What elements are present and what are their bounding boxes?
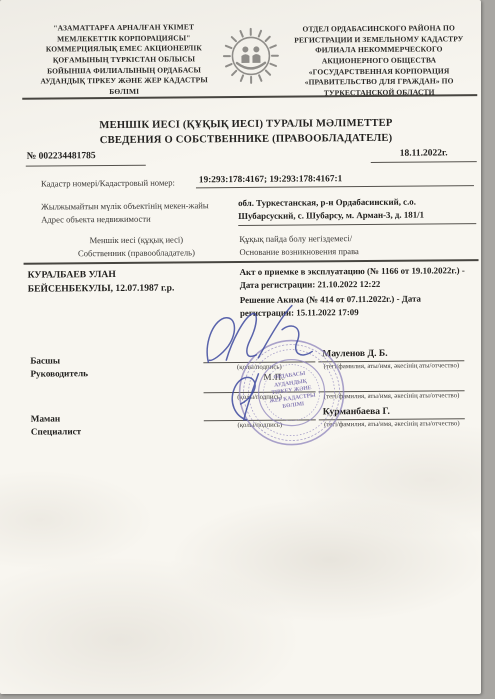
date-underline xyxy=(371,161,477,163)
address-value: обл. Туркестанская, р-н Ордабасинский, с… xyxy=(238,195,476,226)
owner-name: КУРАЛБАЕВ УЛАН БЕЙСЕНБЕКУЛЫ, 12.07.1987 … xyxy=(28,268,175,298)
owner-column-header: Меншік иесі (құқық иесі) Собственник (пр… xyxy=(47,233,225,260)
basis-entry-1: Акт о приемке в эксплуатацию (№ 1166 от … xyxy=(240,264,478,293)
document-date: 18.11.2022г. xyxy=(373,148,475,159)
document-content: "АЗАМАТТАРҒА АРНАЛҒАН ҮКІМЕТ МЕМЛЕКЕТТІК… xyxy=(0,0,484,696)
sun-family-logo-icon xyxy=(221,26,281,86)
role-label-specialist: Маман Специалист xyxy=(31,412,82,439)
cadastre-label: Кадастр номері/Кадастровый номер: xyxy=(41,177,175,191)
letterhead-right-org: ОТДЕЛ ОРДАБАСИНСКОГО РАЙОНА ПО РЕГИСТРАЦ… xyxy=(281,23,478,99)
document-title: МЕНШІК ИЕСІ (ҚҰҚЫҚ ИЕСІ) ТУРАЛЫ МӘЛІМЕТТ… xyxy=(38,115,453,148)
basis-column-header: Құқық пайда болу негіздемесі/ Основание … xyxy=(239,231,469,259)
basis-entry-2: Решение Акима (№ 414 от 07.11.2022г.) - … xyxy=(240,292,478,321)
scanned-document-background: { "document": { "letterhead": { "left_or… xyxy=(0,0,495,699)
document-number: № 002234481785 xyxy=(27,151,96,162)
document-paper: "АЗАМАТТАРҒА АРНАЛҒАН ҮКІМЕТ МЕМЛЕКЕТТІК… xyxy=(0,0,481,694)
address-label: Жылжымайтын мүлік объектінің мекен-жайы … xyxy=(41,199,231,226)
official-round-stamp: ОРДАБАСЫ АУДАНДЫҚ ТІРКЕУ ЖӘНЕ ЖЕР КАДАСТ… xyxy=(235,336,348,449)
role-label-head: Басшы Руководитель xyxy=(30,354,88,381)
number-underline xyxy=(26,165,146,167)
letterhead-left-org: "АЗАМАТТАРҒА АРНАЛҒАН ҮКІМЕТ МЕМЛЕКЕТТІК… xyxy=(24,22,225,98)
